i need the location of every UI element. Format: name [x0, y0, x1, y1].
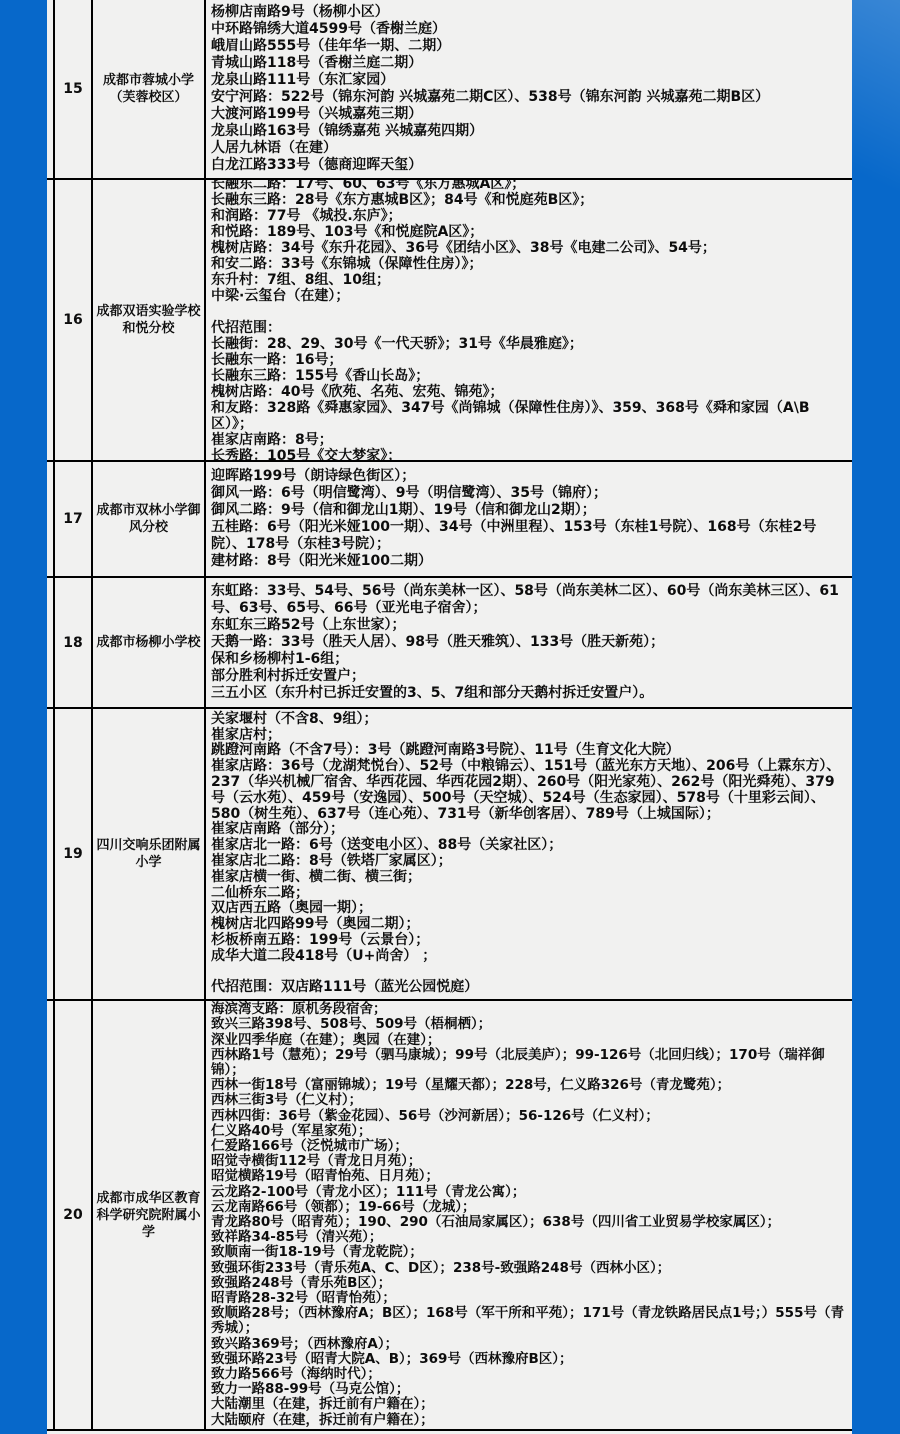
- address-line: 致强路248号（青乐苑B区）；: [211, 1276, 848, 1291]
- address-line: 青龙路80号（昭青苑）；190、290（石油局家属区）；638号（四川省工业贸易…: [211, 1215, 848, 1230]
- table-row: 17成都市双林小学御风分校迎晖路199号（朗诗绿色街区）；御风一路：6号（明信鹭…: [47, 462, 852, 578]
- right-blue-margin: [852, 0, 900, 1434]
- table-row: 19四川交响乐团附属小学关家堰村（不含8、9组）；崔家店村；跳蹬河南路（不含7号…: [47, 709, 852, 1001]
- address-line: 大陆颐府（在建，拆迁前有户籍在）；: [211, 1413, 848, 1428]
- left-edge-cell: [47, 578, 55, 707]
- table-row: 16成都双语实验学校和悦分校长融东二路：17号、60、63号《东方惠城A区》；长…: [47, 180, 852, 462]
- address-line: 崔家店北二路：8号（铁塔厂家属区）；: [211, 854, 848, 870]
- address-line: 建材路：8号（阳光米娅100二期）: [211, 553, 848, 570]
- address-line: 槐树店北四路99号（奥园二期）；: [211, 917, 848, 933]
- address-line: 双店西五路（奥园一期）；: [211, 901, 848, 917]
- address-line: 代招范围：双店路111号（蓝光公园悦庭）: [211, 980, 848, 996]
- address-line: 人居九林语（在建）: [211, 140, 848, 157]
- address-line: 长秀路：105号《交大梦家》；: [211, 448, 848, 460]
- address-line: 东虹路：33号、54号、56号（尚东美林一区）、58号（尚东美林二区）、60号（…: [211, 583, 848, 617]
- address-line: 长融街：28、29、30号《一代天骄》；31号《华晨雅庭》；: [211, 336, 848, 352]
- address-line: 西林三街3号（仁义村）；: [211, 1093, 848, 1108]
- address-line: 崔家店南路（部分）；: [211, 822, 848, 838]
- address-line: 保和乡杨柳村1-6组；: [211, 651, 848, 668]
- address-line: 部分胜利村拆迁安置户；: [211, 668, 848, 685]
- address-line: 成华大道二段418号（U+尚舍） ；: [211, 949, 848, 965]
- address-line: 大陆潮里（在建，拆迁前有户籍在）；: [211, 1397, 848, 1412]
- school-name: 成都市蓉城小学（芙蓉校区）: [93, 0, 206, 178]
- address-line: 峨眉山路555号（佳年华一期、二期）: [211, 38, 848, 55]
- address-line: 致强环街233号（青乐苑A、C、D区）；238号-致强路248号（西林小区）；: [211, 1261, 848, 1276]
- address-line: 迎晖路199号（朗诗绿色街区）；: [211, 468, 848, 485]
- address-line: 御风二路：9号（信和御龙山1期）、19号（信和御龙山2期）；: [211, 502, 848, 519]
- address-line: [211, 965, 848, 981]
- address-line: 昭觉横路19号（昭青怡苑、日月苑）；: [211, 1169, 848, 1184]
- address-line: 仁义路40号（军星家苑）；: [211, 1124, 848, 1139]
- address-line: 龙泉山路163号（锦绣嘉苑 兴城嘉苑四期）: [211, 123, 848, 140]
- left-edge-cell: [47, 1001, 55, 1429]
- address-list: 东虹路：33号、54号、56号（尚东美林一区）、58号（尚东美林二区）、60号（…: [206, 578, 852, 707]
- address-line: 和润路：77号 《城投.东庐》；: [211, 208, 848, 224]
- address-line: 西林四街：36号（紫金花园）、56号（沙河新居）；56-126号（仁义村）；: [211, 1109, 848, 1124]
- address-line: 深业四季华庭（在建）；奥园（在建）；: [211, 1033, 848, 1048]
- left-edge-cell: [47, 0, 55, 178]
- address-line: 崔家店横一街、横二街、横三街；: [211, 870, 848, 886]
- row-number: 16: [55, 180, 93, 460]
- address-line: 和友路：328路《舜惠家园》、347号《尚锦城（保障性住房）》、359、368号…: [211, 400, 848, 432]
- left-edge-cell: [47, 462, 55, 576]
- address-list: 长融东二路：17号、60、63号《东方惠城A区》；长融东三路：28号《东方惠城B…: [206, 180, 852, 460]
- address-line: 致顺路28号；（西林豫府A；B区）；168号（军干所和平苑）；171号（青龙铁路…: [211, 1306, 848, 1336]
- address-line: 长融东二路：17号、60、63号《东方惠城A区》；: [211, 180, 848, 192]
- address-list: 关家堰村（不含8、9组）；崔家店村；跳蹬河南路（不含7号）：3号（跳蹬河南路3号…: [206, 709, 852, 999]
- left-blue-margin: [0, 0, 47, 1434]
- row-number: 20: [55, 1001, 93, 1429]
- address-line: 中梁·云玺台（在建）；: [211, 288, 848, 304]
- address-line: 和悦路：189号、103号《和悦庭院A区》；: [211, 224, 848, 240]
- address-line: 大渡河路199号（兴城嘉苑三期）: [211, 106, 848, 123]
- address-line: [211, 304, 848, 320]
- address-line: 代招范围：: [211, 320, 848, 336]
- address-line: 长融东三路：155号《香山长岛》；: [211, 368, 848, 384]
- school-name: 成都市杨柳小学校: [93, 578, 206, 707]
- address-line: 仁爱路166号（泛悦城市广场）；: [211, 1139, 848, 1154]
- school-district-table: 15成都市蓉城小学（芙蓉校区）杨柳店南路9号（杨柳小区）中环路锦绣大道4599号…: [47, 0, 852, 1431]
- address-list: 迎晖路199号（朗诗绿色街区）；御风一路：6号（明信鹭湾）、9号（明信鹭湾）、3…: [206, 462, 852, 576]
- address-line: 三五小区（东升村已拆迁安置的3、5、7组和部分天鹅村拆迁安置户）。: [211, 685, 848, 702]
- row-number: 15: [55, 0, 93, 178]
- address-line: 跳蹬河南路（不含7号）：3号（跳蹬河南路3号院）、11号（生育文化大院）: [211, 743, 848, 759]
- address-line: 云龙路2-100号（青龙小区）；111号（青龙公寓）；: [211, 1185, 848, 1200]
- address-line: 昭青路28-32号（昭青怡苑）；: [211, 1291, 848, 1306]
- row-number: 19: [55, 709, 93, 999]
- address-line: 东升村：7组、8组、10组；: [211, 272, 848, 288]
- address-line: 长融东一路：16号；: [211, 352, 848, 368]
- blue-margin-highlight: [852, 0, 900, 290]
- address-line: 天鹅一路：33号（胜天人居）、98号（胜天雅筑）、133号（胜天新苑）；: [211, 634, 848, 651]
- address-line: 龙泉山路111号（东汇家园）: [211, 72, 848, 89]
- table-row: 20成都市成华区教育科学研究院附属小学海滨湾支路：原机务段宿舍；致兴三路398号…: [47, 1001, 852, 1431]
- row-number: 17: [55, 462, 93, 576]
- left-edge-cell: [47, 180, 55, 460]
- address-line: 西林路1号（慧苑）；29号（驷马康城）；99号（北辰美庐）；99-126号（北回…: [211, 1048, 848, 1078]
- address-line: 致兴路369号；（西林豫府A）；: [211, 1337, 848, 1352]
- address-line: 长融东三路：28号《东方惠城B区》；84号《和悦庭苑B区》；: [211, 192, 848, 208]
- address-line: 崔家店路：36号（龙湖梵悦台）、52号（中粮锦云）、151号（蓝光东方天地）、2…: [211, 759, 848, 822]
- address-line: 致力路566号（海纳时代）；: [211, 1367, 848, 1382]
- school-name: 成都双语实验学校和悦分校: [93, 180, 206, 460]
- address-line: 中环路锦绣大道4599号（香榭兰庭）: [211, 21, 848, 38]
- address-line: 五桂路：6号（阳光米娅100一期）、34号（中洲里程）、153号（东桂1号院）、…: [211, 519, 848, 553]
- address-line: 东虹东三路52号（上东世家）；: [211, 617, 848, 634]
- address-line: 和安二路：33号《东锦城（保障性住房）》；: [211, 256, 848, 272]
- school-name: 成都市双林小学御风分校: [93, 462, 206, 576]
- address-line: 槐树店路：40号《欣苑、名苑、宏苑、锦苑》；: [211, 384, 848, 400]
- address-line: 致兴三路398号、508号、509号（梧桐栖）；: [211, 1017, 848, 1032]
- address-line: 杨柳店南路9号（杨柳小区）: [211, 4, 848, 21]
- address-line: 崔家店南路：8号；: [211, 432, 848, 448]
- table-row: 15成都市蓉城小学（芙蓉校区）杨柳店南路9号（杨柳小区）中环路锦绣大道4599号…: [47, 0, 852, 180]
- address-line: 青城山路118号（香榭兰庭二期）: [211, 55, 848, 72]
- address-line: 杉板桥南五路：199号（云景台）；: [211, 933, 848, 949]
- address-line: 槐树店路：34号《东升花园》、36号《团结小区》、38号《电建二公司》、54号；: [211, 240, 848, 256]
- row-number: 18: [55, 578, 93, 707]
- address-line: 安宁河路：522号（锦东河韵 兴城嘉苑二期C区）、538号（锦东河韵 兴城嘉苑二…: [211, 89, 848, 106]
- address-line: 致顺南一街18-19号（青龙乾院）；: [211, 1245, 848, 1260]
- address-list: 杨柳店南路9号（杨柳小区）中环路锦绣大道4599号（香榭兰庭）峨眉山路555号（…: [206, 0, 852, 178]
- address-line: 致强环路23号（昭青大院A、B）；369号（西林豫府B区）；: [211, 1352, 848, 1367]
- school-name: 成都市成华区教育科学研究院附属小学: [93, 1001, 206, 1429]
- address-line: 御风一路：6号（明信鹭湾）、9号（明信鹭湾）、35号（锦府）；: [211, 485, 848, 502]
- table-row: 18成都市杨柳小学校东虹路：33号、54号、56号（尚东美林一区）、58号（尚东…: [47, 578, 852, 709]
- address-list: 海滨湾支路：原机务段宿舍；致兴三路398号、508号、509号（梧桐栖）；深业四…: [206, 1001, 852, 1429]
- address-line: 白龙江路333号（德商迎晖天玺）: [211, 157, 848, 174]
- address-line: 关家堰村（不含8、9组）；: [211, 712, 848, 728]
- school-name: 四川交响乐团附属小学: [93, 709, 206, 999]
- left-edge-cell: [47, 709, 55, 999]
- address-line: 崔家店北一路：6号（送变电小区）、88号（关家社区）；: [211, 838, 848, 854]
- address-line: 云龙南路66号（领都）；19-66号（龙城）；: [211, 1200, 848, 1215]
